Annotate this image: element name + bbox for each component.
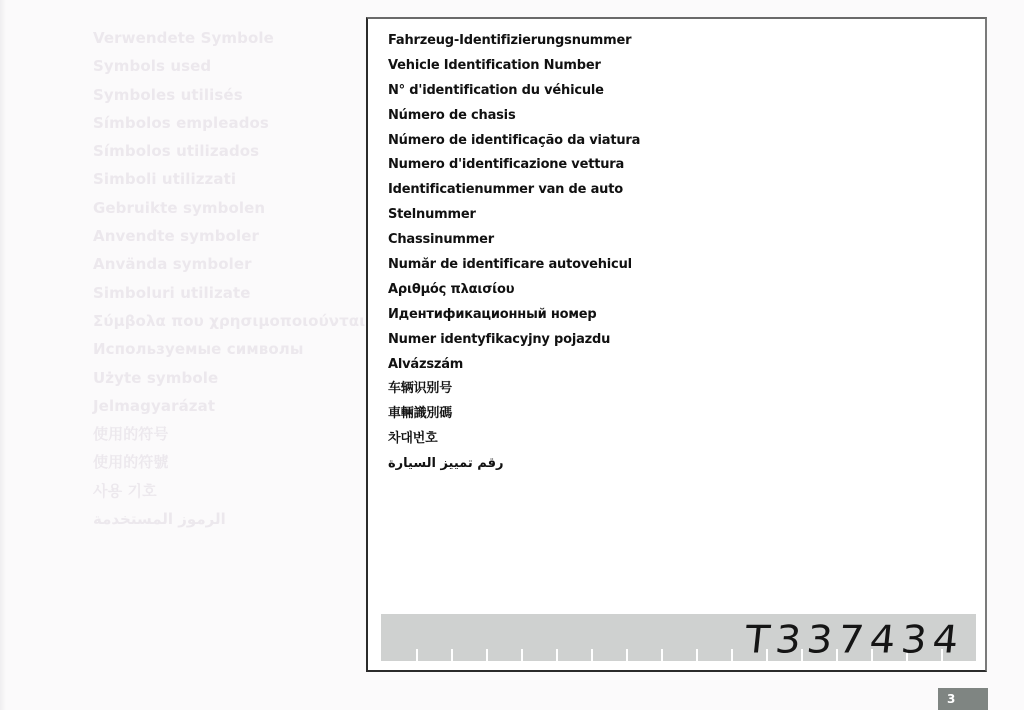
- vin-slot-tick: [416, 649, 418, 661]
- vin-slot-tick: [486, 649, 488, 661]
- bleed-through-text: الرموز المستخدمة: [93, 509, 365, 537]
- vin-label-zh-Hant: 車輛識別碼: [388, 404, 640, 429]
- vin-slot-tick: [521, 649, 523, 661]
- bleed-through-text: 사용 기호: [93, 481, 365, 509]
- vin-slot-tick: [661, 649, 663, 661]
- vin-label-ar: رقم تمييز السيارة: [388, 454, 640, 479]
- bleed-through-text: Använda symboler: [93, 254, 365, 282]
- bleed-through-text: Użyte symbole: [93, 368, 365, 396]
- vin-slot-tick: [626, 649, 628, 661]
- vin-label-ro: Număr de identificare autovehicul: [388, 255, 640, 280]
- page-binding-edge: [0, 0, 6, 710]
- bleed-through-text: 使用的符號: [93, 452, 365, 480]
- vin-label-fr: N° d'identification du véhicule: [388, 81, 640, 106]
- vin-handwritten-value: T337434: [743, 621, 966, 659]
- vin-slot-tick: [591, 649, 593, 661]
- vin-label-sv: Chassinummer: [388, 230, 640, 255]
- vin-frame: Fahrzeug-IdentifizierungsnummerVehicle I…: [366, 17, 987, 672]
- vin-label-nl: Identificatienummer van de auto: [388, 180, 640, 205]
- page-number: 3: [938, 688, 988, 710]
- vin-label-it: Numero d'identificazione vettura: [388, 155, 640, 180]
- vin-label-zh-Hans: 车辆识别号: [388, 379, 640, 404]
- vin-label-es: Número de chasis: [388, 106, 640, 131]
- bleed-through-text: Symboles utilisés: [93, 85, 365, 113]
- vin-entry-field: T337434: [381, 614, 976, 661]
- bleed-through-text: Symbols used: [93, 56, 365, 84]
- bleed-through-text: Verwendete Symbole: [93, 28, 365, 56]
- vin-slot-tick: [696, 649, 698, 661]
- vin-label-list: Fahrzeug-IdentifizierungsnummerVehicle I…: [388, 31, 640, 479]
- vin-label-ru: Идентификационный номер: [388, 305, 640, 330]
- vin-label-el: Αριθμός πλαισίου: [388, 280, 640, 305]
- vin-label-en: Vehicle Identification Number: [388, 56, 640, 81]
- vin-slot-tick: [731, 649, 733, 661]
- vin-label-pt: Número de identificação da viatura: [388, 131, 640, 156]
- bleed-through-text: Используемые символы: [93, 339, 365, 367]
- vin-slot-tick: [556, 649, 558, 661]
- bleed-through-text: Jelmagyarázat: [93, 396, 365, 424]
- vin-label-da: Stelnummer: [388, 205, 640, 230]
- bleed-through-text: Gebruikte symbolen: [93, 198, 365, 226]
- bleed-through-text: Simboluri utilizate: [93, 283, 365, 311]
- vin-slot-tick: [451, 649, 453, 661]
- vin-label-hu: Alvázszám: [388, 355, 640, 380]
- bleed-through-text: Anvendte symboler: [93, 226, 365, 254]
- vin-label-pl: Numer identyfikacyjny pojazdu: [388, 330, 640, 355]
- bleed-through-text: Símbolos empleados: [93, 113, 365, 141]
- vin-label-de: Fahrzeug-Identifizierungsnummer: [388, 31, 640, 56]
- bleed-through-symbols-list: Verwendete SymboleSymbols usedSymboles u…: [93, 28, 365, 537]
- bleed-through-text: Σύμβολα που χρησιμοποιούνται: [93, 311, 365, 339]
- bleed-through-text: Símbolos utilizados: [93, 141, 365, 169]
- bleed-through-text: 使用的符号: [93, 424, 365, 452]
- vin-label-ko: 차대번호: [388, 429, 640, 454]
- bleed-through-text: Simboli utilizzati: [93, 169, 365, 197]
